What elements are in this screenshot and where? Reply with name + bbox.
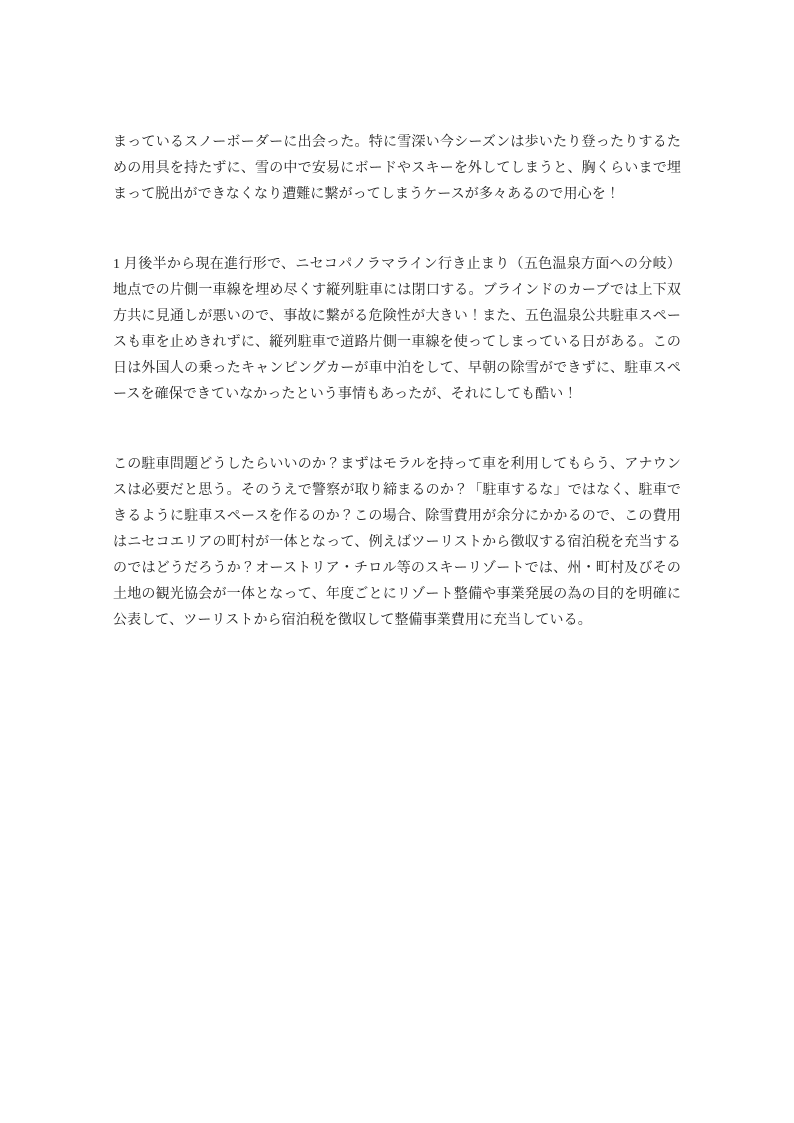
- paragraph-parking-solution: この駐車問題どうしたらいいのか？まずはモラルを持って車を利用してもらう、アナウン…: [113, 452, 681, 634]
- paragraph-parking-problem: 1 月後半から現在進行形で、ニセコパノラマライン行き止まり（五色温泉方面への分岐…: [113, 252, 681, 408]
- document-page: まっているスノーボーダーに出会った。特に雪深い今シーズンは歩いたり登ったりするた…: [0, 0, 794, 1123]
- paragraph-snowboarder-warning: まっているスノーボーダーに出会った。特に雪深い今シーズンは歩いたり登ったりするた…: [113, 130, 681, 208]
